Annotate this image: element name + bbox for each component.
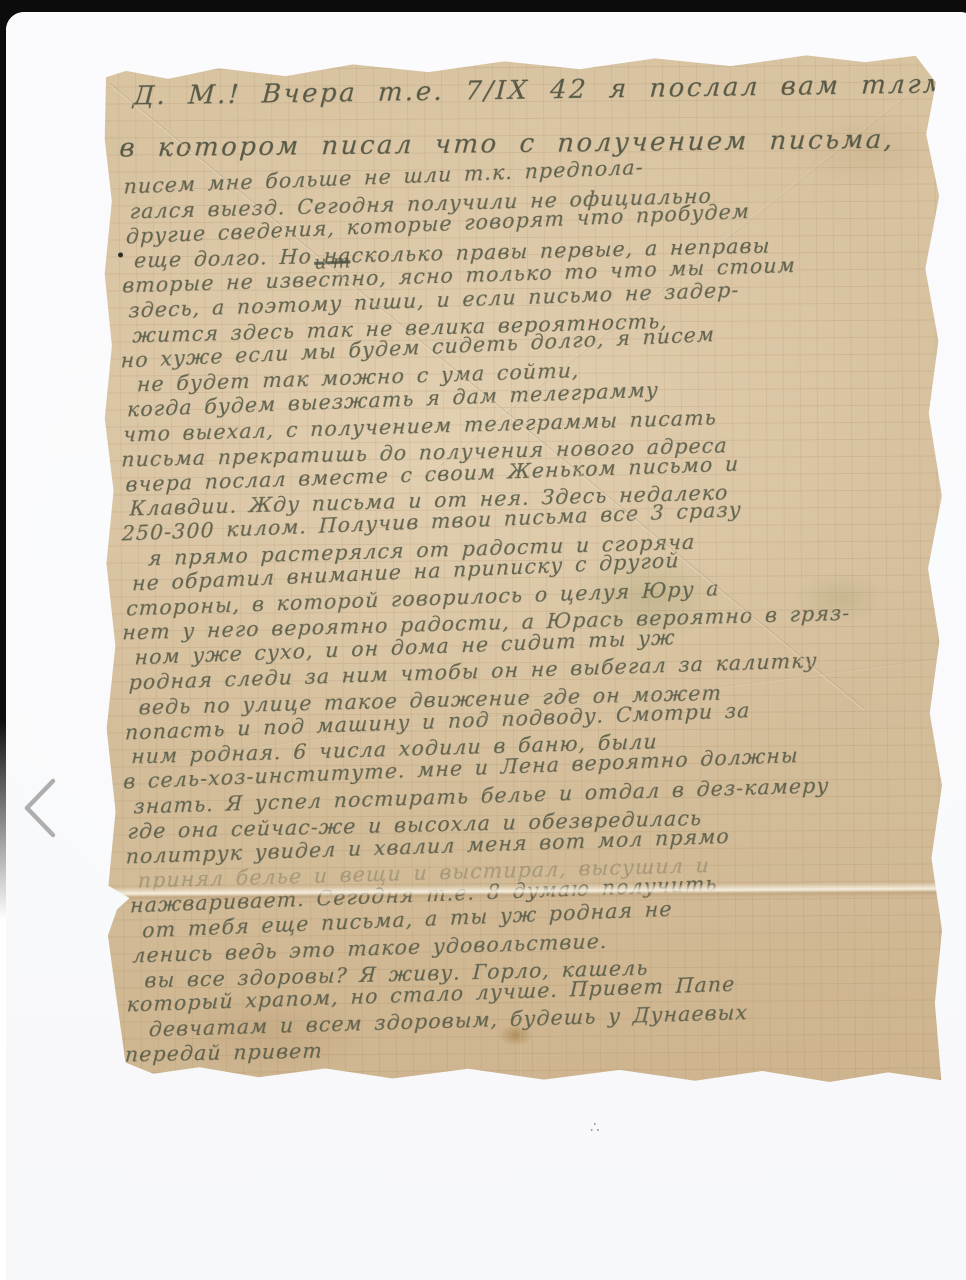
letter-paper: Д. М.! Вчера т.е. 7/IX 42 я послал вам т… — [101, 51, 947, 1090]
chevron-left-icon — [20, 776, 60, 840]
previous-photo-button[interactable] — [14, 770, 66, 846]
ink-speck: ∴ — [590, 1118, 602, 1136]
letter-lines: Д. М.! Вчера т.е. 7/IX 42 я послал вам т… — [119, 66, 925, 1068]
crossed-out-word: и т — [314, 250, 351, 273]
